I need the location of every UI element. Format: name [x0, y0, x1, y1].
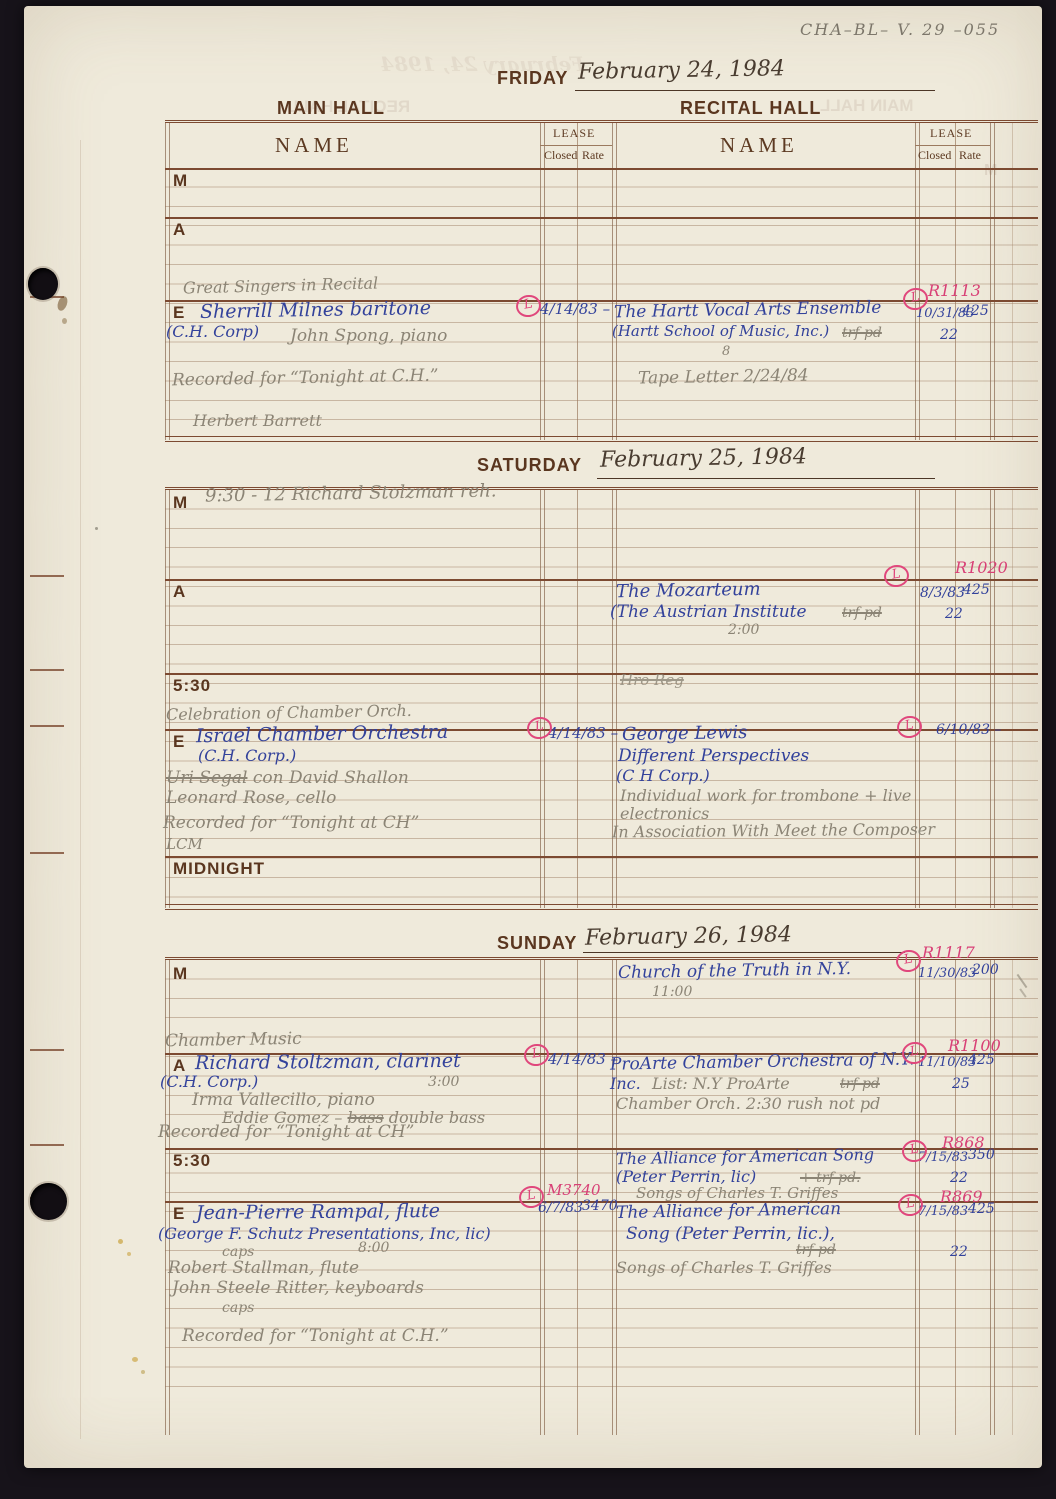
- slot-label-530: 5:30: [173, 1151, 211, 1171]
- saturday-main-e-name: Israel Chamber Orchestra: [196, 721, 449, 747]
- saturday-table: M A 5:30 E MIDNIGHT: [165, 487, 1038, 908]
- sunday-recital-530-rate: 350: [968, 1147, 995, 1163]
- lease-header: LEASE: [553, 126, 595, 141]
- sunday-recital-m-rate: 200: [972, 962, 999, 978]
- saturday-date: February 25, 1984: [600, 444, 807, 473]
- stain: [141, 1370, 145, 1374]
- margin-tick: [30, 1049, 64, 1051]
- sunday-main-e-closed: 6/7/83: [538, 1200, 583, 1216]
- sunday-recital-a-name2: Inc.: [610, 1074, 641, 1093]
- sunday-main-pianist: Irma Vallecillo, piano: [192, 1090, 375, 1110]
- sunday-main-flutist2: Robert Stallman, flute: [168, 1258, 359, 1278]
- friday-recital-count-note: 8: [722, 344, 730, 359]
- sunday-main-a-lease-closed: 4/14/83 –: [548, 1050, 618, 1068]
- sunday-recital-m-name: Church of the Truth in N.Y.: [618, 959, 851, 983]
- sunday-main-e-rate: 3470: [582, 1198, 618, 1214]
- slot-label-morning: M: [173, 171, 188, 191]
- margin-tick: [30, 575, 64, 577]
- saturday-main-conductor-struck: Uri Segal: [166, 768, 247, 788]
- rate-column-header: Rate: [959, 148, 981, 163]
- friday-main-accompanist: John Spong, piano: [290, 326, 447, 346]
- sunday-recital-m-time: 11:00: [652, 984, 692, 1000]
- friday-date: February 24, 1984: [578, 56, 785, 85]
- friday-recital-presenter: (Hartt School of Music, Inc.): [612, 322, 829, 340]
- slot-label-evening: E: [173, 732, 185, 752]
- main-hall-label: MAIN HALL: [277, 98, 385, 119]
- saturday-recital-530-struck-note: Hro Reg: [620, 671, 684, 689]
- saturday-recital-e-assoc: In Association With Meet the Composer: [612, 820, 935, 842]
- sunday-recital-m-code: R1117: [922, 943, 975, 962]
- slot-label-530: 5:30: [173, 676, 211, 696]
- saturday-main-conductor-text: con David Shallon: [253, 768, 409, 788]
- saturday-recital-a-time: 2:00: [728, 622, 759, 638]
- saturday-main-e-lease-closed: 4/14/83 –: [548, 724, 618, 742]
- sunday-recital-e-rate: 425: [968, 1201, 995, 1217]
- saturday-recital-a-name: The Mozarteum: [616, 579, 761, 603]
- sunday-recital-a-rate: 425: [968, 1052, 995, 1068]
- sunday-main-e-presenter: (George F. Schutz Presentations, Inc, li…: [158, 1224, 491, 1243]
- saturday-recital-a-rate: 425: [963, 582, 990, 598]
- margin-tick: [30, 1144, 64, 1146]
- saturday-recital-a-closed: 8/3/83: [920, 585, 965, 601]
- sunday-recital-e-trf-note: trf pd: [796, 1242, 836, 1258]
- name-column-header: NAME: [720, 133, 798, 158]
- saturday-recital-a-code: R1020: [955, 558, 1008, 577]
- stain: [95, 527, 98, 530]
- sunday-main-e-time: 8:00: [358, 1240, 389, 1256]
- stain: [132, 1357, 138, 1362]
- closed-column-header: Closed: [544, 148, 577, 163]
- sunday-main-a-presenter: (C.H. Corp.): [160, 1072, 258, 1091]
- sunday-recital-530-rate2: 22: [950, 1170, 968, 1186]
- closed-column-header: Closed: [918, 148, 951, 163]
- sunday-recital-e-closed: 7/15/83: [918, 1204, 968, 1219]
- friday-recital-rate2: 22: [940, 327, 958, 343]
- sunday-recital-a-rate2: 25: [952, 1076, 970, 1092]
- sunday-recital-e-songs: Songs of Charles T. Griffes: [616, 1258, 832, 1277]
- punch-hole: [30, 1183, 67, 1220]
- friday-main-artist: Sherrill Milnes baritone: [200, 297, 431, 323]
- friday-recital-code: R1113: [928, 281, 981, 300]
- saturday-recital-e-title: Different Perspectives: [618, 746, 809, 766]
- punch-hole: [28, 268, 58, 300]
- slot-label-morning: M: [173, 493, 188, 513]
- sunday-main-a-time: 3:00: [428, 1074, 459, 1090]
- friday-recital-rate: 425: [962, 303, 989, 319]
- sunday-main-e-caps-note2: caps: [222, 1300, 254, 1316]
- archive-code: CHA–BL– V. 29 –055: [800, 20, 1000, 39]
- rate-column-header: Rate: [582, 148, 604, 163]
- margin-tick: [30, 669, 64, 671]
- margin-tick: [30, 852, 64, 854]
- sunday-recital-e-name: The Alliance for American: [616, 1199, 841, 1223]
- sunday-main-series-note: Chamber Music: [165, 1029, 302, 1051]
- saturday-recital-e-closed: 6/10/83 –: [936, 722, 1001, 738]
- saturday-recital-a-rate2: 22: [945, 606, 963, 622]
- date-underline: [597, 478, 935, 479]
- slot-label-afternoon: A: [173, 220, 186, 240]
- slot-label-morning: M: [173, 964, 188, 984]
- sunday-recital-m-closed: 11/30/83: [918, 966, 976, 981]
- sunday-main-e-name: Jean-Pierre Rampal, flute: [196, 1200, 440, 1224]
- saturday-main-recorded-note: Recorded for “Tonight at CH”: [163, 813, 419, 833]
- margin-tick: [30, 725, 64, 727]
- saturday-heading: SATURDAY: [477, 455, 582, 476]
- friday-main-manager: Herbert Barrett: [193, 411, 322, 430]
- sunday-date: February 26, 1984: [585, 922, 792, 951]
- saturday-recital-e-name: George Lewis: [622, 722, 748, 745]
- sunday-main-keyboardist: John Steele Ritter, keyboards: [172, 1278, 424, 1298]
- saturday-main-conductor: Uri Segal con David Shallon: [166, 768, 409, 788]
- friday-heading: FRIDAY: [497, 68, 568, 89]
- slot-label-afternoon: A: [173, 582, 186, 602]
- slot-label-evening: E: [173, 303, 185, 323]
- sunday-recital-e-name2: Song (Peter Perrin, lic.),: [626, 1224, 835, 1244]
- sunday-main-a-recorded-note: Recorded for “Tonight at CH”: [158, 1122, 414, 1142]
- saturday-main-cellist: Leonard Rose, cello: [166, 788, 336, 808]
- lease-header: LEASE: [930, 126, 972, 141]
- saturday-main-lcm-note: LCM: [166, 835, 203, 853]
- stain: [118, 1239, 123, 1244]
- bleed-through-text: MAIN HALL: [820, 96, 913, 116]
- slot-label-midnight: MIDNIGHT: [173, 859, 265, 879]
- saturday-recital-e-desc1: Individual work for trombone + live: [620, 786, 911, 805]
- stain: [62, 318, 67, 324]
- date-underline: [575, 90, 935, 91]
- saturday-recital-e-presenter: (C H Corp.): [616, 766, 710, 785]
- friday-recital-tape-note: Tape Letter 2/24/84: [638, 366, 809, 389]
- slot-label-evening: E: [173, 1204, 185, 1224]
- date-underline: [583, 952, 905, 953]
- margin-rule: [80, 140, 81, 1439]
- sunday-heading: SUNDAY: [497, 933, 577, 954]
- name-column-header: NAME: [275, 133, 353, 158]
- friday-main-presenter: (C.H. Corp): [166, 322, 259, 341]
- scanned-ledger-page: RECITAL HALL MAIN HALL February 24, 1984…: [0, 0, 1056, 1499]
- saturday-main-e-presenter: (C.H. Corp.): [198, 746, 296, 765]
- stain: [127, 1252, 131, 1256]
- saturday-recital-e-desc2: electronics: [620, 804, 709, 823]
- sunday-main-e-code: M3740: [547, 1181, 601, 1199]
- sunday-recital-a-list2: Chamber Orch. 2:30 rush not pd: [616, 1094, 880, 1113]
- saturday-recital-a-presenter: (The Austrian Institute: [610, 602, 807, 622]
- saturday-recital-a-trf-note: trf pd: [842, 605, 882, 621]
- friday-recital-trf-note: trf pd: [842, 325, 882, 341]
- recital-hall-label: RECITAL HALL: [680, 98, 821, 119]
- sunday-recital-a-trf-note: trf pd: [840, 1076, 880, 1092]
- sunday-main-a-name: Richard Stoltzman, clarinet: [195, 1050, 461, 1074]
- sunday-recital-e-rate2: 22: [950, 1244, 968, 1260]
- friday-main-lease-closed: 4/14/83 –: [540, 300, 610, 318]
- sunday-recital-a-list1: List: N.Y ProArte: [652, 1074, 790, 1093]
- sunday-main-e-recorded-note: Recorded for “Tonight at C.H.”: [182, 1326, 449, 1346]
